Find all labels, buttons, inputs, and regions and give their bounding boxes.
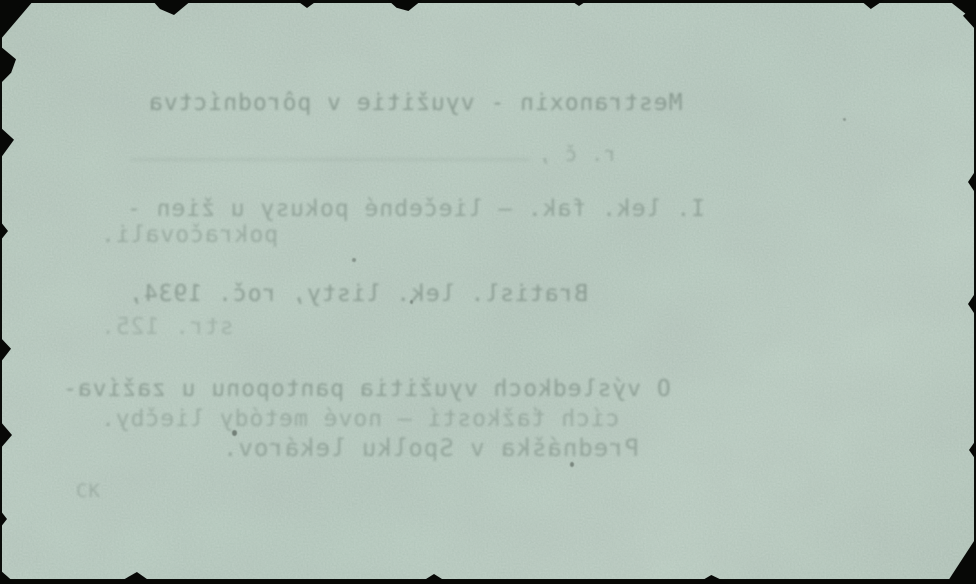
ink-speck <box>410 300 413 304</box>
faint-streak <box>130 158 530 161</box>
card-scan: Mestranoxin - využitie v pôrodníctvar. č… <box>0 0 976 584</box>
ink-speck <box>570 462 574 467</box>
index-card <box>2 3 974 579</box>
ink-speck <box>843 118 846 121</box>
ink-speck <box>352 258 356 262</box>
torn-edge <box>0 580 976 584</box>
ink-speck <box>232 430 237 436</box>
